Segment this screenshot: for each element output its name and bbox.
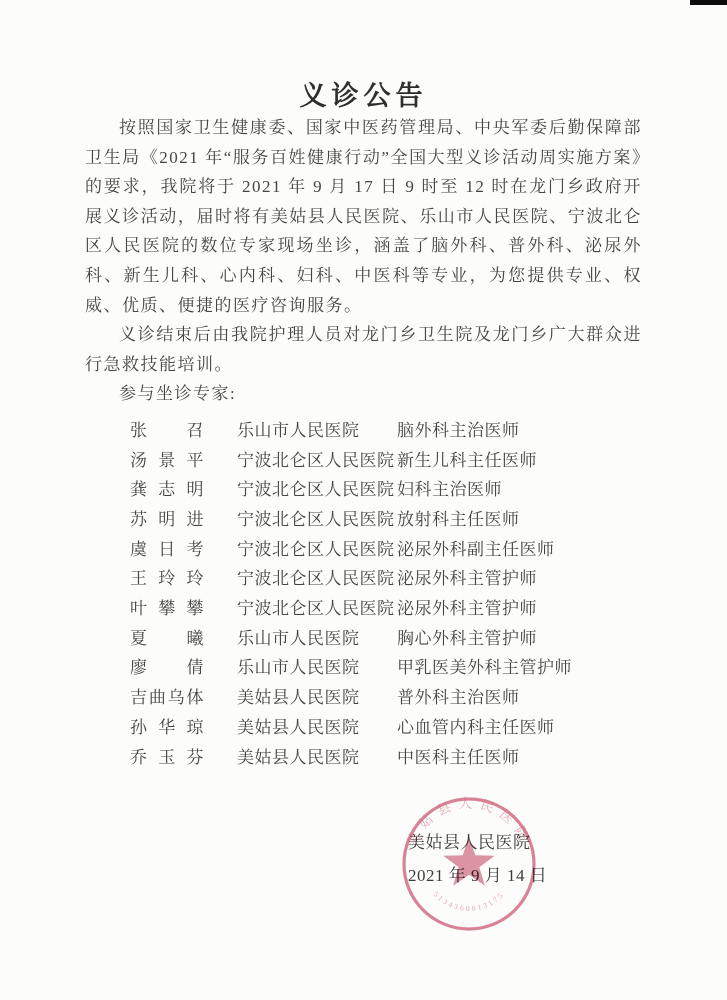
expert-title: 脑外科主治医师 [397, 416, 520, 446]
expert-hospital: 宁波北仑区人民医院 [237, 446, 395, 476]
expert-hospital: 乐山市人民医院 [237, 653, 360, 683]
expert-hospital: 宁波北仑区人民医院 [237, 505, 395, 535]
expert-title: 泌尿外科主管护师 [397, 564, 537, 594]
expert-name: 吉曲乌体 [130, 683, 204, 713]
expert-name: 苏明进 [130, 505, 204, 535]
expert-row: 廖倩 乐山市人民医院 甲乳医美外科主管护师 [85, 653, 642, 683]
expert-hospital: 乐山市人民医院 [237, 624, 360, 654]
expert-hospital: 美姑县人民医院 [237, 743, 360, 773]
expert-name: 夏曦 [130, 624, 204, 654]
experts-list: 张召 乐山市人民医院 脑外科主治医师 汤景平 宁波北仑区人民医院 新生儿科主任医… [85, 416, 642, 772]
expert-title: 泌尿外科主管护师 [397, 594, 537, 624]
expert-name: 张召 [130, 416, 204, 446]
expert-title: 中医科主任医师 [397, 743, 520, 773]
expert-hospital: 宁波北仑区人民医院 [237, 594, 395, 624]
paragraph-training: 义诊结束后由我院护理人员对龙门乡卫生院及龙门乡广大群众进行急救技能培训。 [85, 320, 642, 379]
seal-number-arc-text: 5134360013175 [432, 890, 507, 913]
expert-hospital: 乐山市人民医院 [237, 416, 360, 446]
expert-hospital: 宁波北仑区人民医院 [237, 475, 395, 505]
expert-row: 汤景平 宁波北仑区人民医院 新生儿科主任医师 [85, 446, 642, 476]
expert-row: 叶攀攀 宁波北仑区人民医院 泌尿外科主管护师 [85, 594, 642, 624]
expert-title: 新生儿科主任医师 [397, 446, 537, 476]
document-title: 义诊公告 [0, 74, 727, 113]
expert-name: 龚志明 [130, 475, 204, 505]
official-seal-stamp: 美姑县人民医院 5134360013175 [396, 790, 542, 938]
expert-row: 张召 乐山市人民医院 脑外科主治医师 [85, 416, 642, 446]
expert-title: 泌尿外科副主任医师 [397, 535, 555, 565]
expert-name: 乔玉芬 [130, 743, 204, 773]
expert-name: 汤景平 [130, 446, 204, 476]
expert-name: 叶攀攀 [130, 594, 204, 624]
expert-name: 孙华琼 [130, 713, 204, 743]
expert-title: 妇科主治医师 [397, 475, 502, 505]
expert-title: 胸心外科主管护师 [397, 624, 537, 654]
document-body: 按照国家卫生健康委、国家中医药管理局、中央军委后勤保障部卫生局《2021 年“服… [85, 113, 642, 772]
expert-title: 甲乳医美外科主管护师 [397, 653, 572, 683]
expert-row: 夏曦 乐山市人民医院 胸心外科主管护师 [85, 624, 642, 654]
expert-hospital: 宁波北仑区人民医院 [237, 535, 395, 565]
expert-row: 王玲玲 宁波北仑区人民医院 泌尿外科主管护师 [85, 564, 642, 594]
expert-hospital: 美姑县人民医院 [237, 713, 360, 743]
scanned-document-page: 义诊公告 按照国家卫生健康委、国家中医药管理局、中央军委后勤保障部卫生局《202… [0, 0, 727, 1000]
expert-row: 乔玉芬 美姑县人民医院 中医科主任医师 [85, 743, 642, 773]
paragraph-intro: 按照国家卫生健康委、国家中医药管理局、中央军委后勤保障部卫生局《2021 年“服… [85, 113, 642, 320]
expert-title: 普外科主治医师 [397, 683, 520, 713]
scan-artifact-corner [690, 0, 727, 5]
expert-title: 心血管内科主任医师 [397, 713, 555, 743]
expert-name: 王玲玲 [130, 564, 204, 594]
expert-row: 孙华琼 美姑县人民医院 心血管内科主任医师 [85, 713, 642, 743]
expert-row: 苏明进 宁波北仑区人民医院 放射科主任医师 [85, 505, 642, 535]
expert-row: 吉曲乌体 美姑县人民医院 普外科主治医师 [85, 683, 642, 713]
seal-star-icon [443, 837, 494, 886]
expert-name: 虞日考 [130, 535, 204, 565]
expert-title: 放射科主任医师 [397, 505, 520, 535]
expert-hospital: 美姑县人民医院 [237, 683, 360, 713]
expert-row: 龚志明 宁波北仑区人民医院 妇科主治医师 [85, 475, 642, 505]
experts-heading: 参与坐诊专家: [85, 379, 642, 409]
expert-hospital: 宁波北仑区人民医院 [237, 564, 395, 594]
expert-name: 廖倩 [130, 653, 204, 683]
expert-row: 虞日考 宁波北仑区人民医院 泌尿外科副主任医师 [85, 535, 642, 565]
